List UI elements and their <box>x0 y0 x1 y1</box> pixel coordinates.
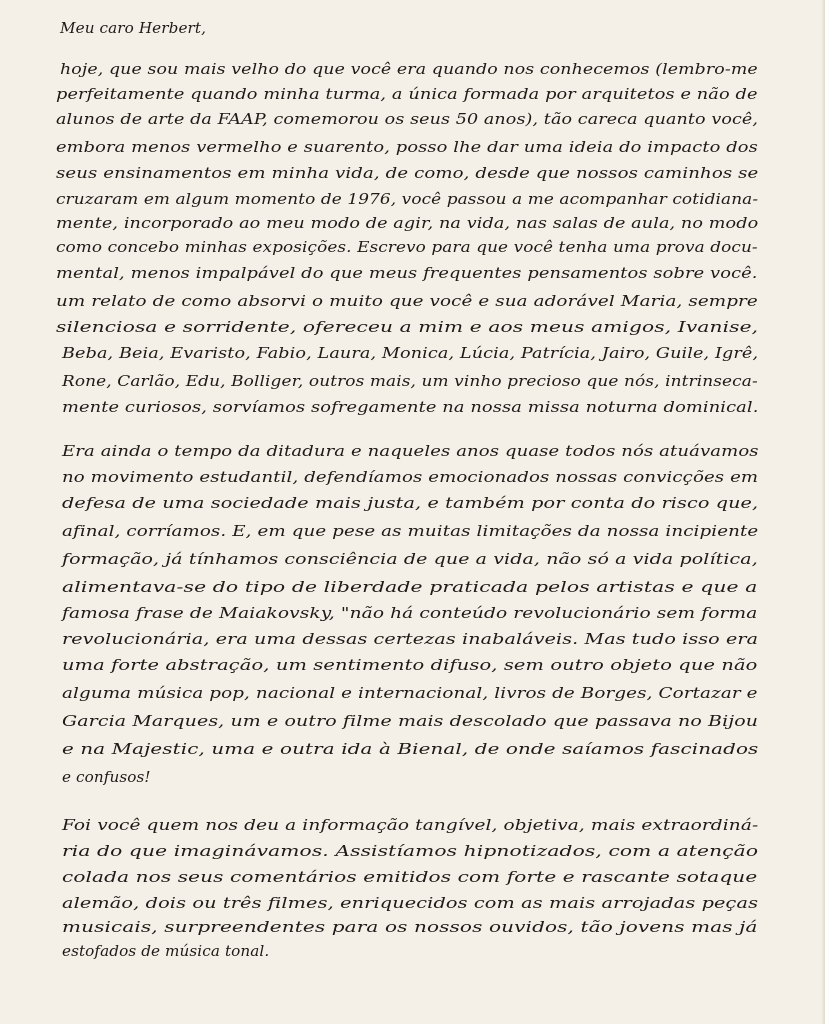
paragraph-2-line-10: alguma música pop, nacional e internacio… <box>62 684 758 702</box>
paragraph-3-line-1: Foi você quem nos deu a informação tangí… <box>62 816 758 834</box>
paragraph-1-line-5: seus ensinamentos em minha vida, de como… <box>56 164 758 182</box>
paragraph-1-line-13: Rone, Carlão, Edu, Bolliger, outros mais… <box>62 372 758 390</box>
paragraph-3-line-4: alemão, dois ou três filmes, enriquecido… <box>62 894 758 912</box>
paragraph-2-line-3: defesa de uma sociedade mais justa, e ta… <box>62 494 758 512</box>
letter-page: Meu caro Herbert, hoje, que sou mais vel… <box>0 0 825 1024</box>
paragraph-3-line-6: estofados de música tonal. <box>62 942 269 960</box>
paragraph-2-line-5: formação, já tínhamos consciência de que… <box>62 550 758 568</box>
paragraph-1-line-3: alunos de arte da FAAP, comemorou os seu… <box>56 110 758 128</box>
paragraph-1-line-11: silenciosa e sorridente, ofereceu a mim … <box>56 318 758 336</box>
paragraph-2-line-13: e confusos! <box>62 768 151 786</box>
paragraph-1-line-6: cruzaram em algum momento de 1976, você … <box>56 190 758 208</box>
paragraph-1-line-4: embora menos vermelho e suarento, posso … <box>56 138 758 156</box>
paragraph-2-line-12: e na Majestic, uma e outra ida à Bienal,… <box>62 740 758 758</box>
paragraph-2-line-4: afinal, corríamos. E, em que pese as mui… <box>62 522 758 540</box>
paragraph-1-line-1: hoje, que sou mais velho do que você era… <box>60 60 758 78</box>
paragraph-3-line-5: musicais, surpreendentes para os nossos … <box>62 918 758 936</box>
paragraph-2-line-9: uma forte abstração, um sentimento difus… <box>62 656 757 674</box>
paragraph-2-line-1: Era ainda o tempo da ditadura e naqueles… <box>62 442 759 460</box>
paragraph-1-line-2: perfeitamente quando minha turma, a únic… <box>56 85 758 103</box>
paragraph-1-line-10: um relato de como absorvi o muito que vo… <box>56 292 758 310</box>
paragraph-1-line-14: mente curiosos, sorvíamos sofregamente n… <box>62 398 759 416</box>
paragraph-1-line-8: como concebo minhas exposições. Escrevo … <box>56 238 758 256</box>
paragraph-1-line-9: mental, menos impalpável do que meus fre… <box>56 264 758 282</box>
paragraph-2-line-11: Garcia Marques, um e outro filme mais de… <box>62 712 758 730</box>
paragraph-3-line-3: colada nos seus comentários emitidos com… <box>62 868 757 886</box>
paragraph-1-line-12: Beba, Beia, Evaristo, Fabio, Laura, Moni… <box>62 344 758 362</box>
salutation: Meu caro Herbert, <box>60 19 206 37</box>
paragraph-2-line-6: alimentava-se do tipo de liberdade prati… <box>62 578 758 596</box>
paragraph-1-line-7: mente, incorporado ao meu modo de agir, … <box>56 214 758 232</box>
paragraph-2-line-8: revolucionária, era uma dessas certezas … <box>62 630 758 648</box>
paragraph-2-line-2: no movimento estudantil, defendíamos emo… <box>62 468 758 486</box>
paragraph-3-line-2: ria do que imaginávamos. Assistíamos hip… <box>62 842 758 860</box>
paragraph-2-line-7: famosa frase de Maiakovsky, "não há cont… <box>62 604 757 622</box>
